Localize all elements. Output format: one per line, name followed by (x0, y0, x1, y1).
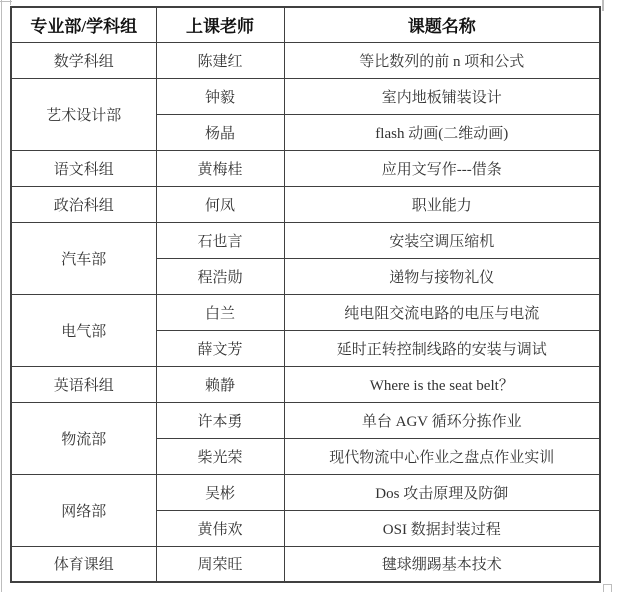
topic-cell: OSI 数据封装过程 (284, 510, 600, 546)
table-resize-handle-icon[interactable] (603, 584, 612, 592)
table-row: 物流部许本勇单台 AGV 循环分拣作业 (11, 402, 600, 438)
department-cell: 物流部 (11, 402, 156, 474)
teacher-cell: 黄伟欢 (156, 510, 284, 546)
header-cell-teacher: 上课老师 (156, 7, 284, 42)
teacher-cell: 何凤 (156, 186, 284, 222)
table-row: 数学科组陈建红等比数列的前 n 项和公式 (11, 42, 600, 78)
table-row: 汽车部石也言安装空调压缩机 (11, 222, 600, 258)
class-schedule-table-wrapper: 专业部/学科组 上课老师 课题名称 数学科组陈建红等比数列的前 n 项和公式艺术… (10, 6, 601, 583)
header-cell-department: 专业部/学科组 (11, 7, 156, 42)
topic-cell: 安装空调压缩机 (284, 222, 600, 258)
table-row: 艺术设计部钟毅室内地板铺装设计 (11, 78, 600, 114)
topic-cell: 延时正转控制线路的安装与调试 (284, 330, 600, 366)
page-corner-line-vertical (10, 0, 11, 5)
teacher-cell: 柴光荣 (156, 438, 284, 474)
header-cell-topic: 课题名称 (284, 7, 600, 42)
topic-cell: 单台 AGV 循环分拣作业 (284, 402, 600, 438)
topic-cell: 应用文写作---借条 (284, 150, 600, 186)
department-cell: 数学科组 (11, 42, 156, 78)
teacher-cell: 钟毅 (156, 78, 284, 114)
teacher-cell: 赖静 (156, 366, 284, 402)
table-row: 政治科组何凤职业能力 (11, 186, 600, 222)
table-header: 专业部/学科组 上课老师 课题名称 (11, 7, 600, 42)
topic-cell: 职业能力 (284, 186, 600, 222)
topic-cell: 现代物流中心作业之盘点作业实训 (284, 438, 600, 474)
class-schedule-table: 专业部/学科组 上课老师 课题名称 数学科组陈建红等比数列的前 n 项和公式艺术… (10, 6, 601, 583)
department-cell: 体育课组 (11, 546, 156, 582)
table-row: 电气部白兰纯电阻交流电路的电压与电流 (11, 294, 600, 330)
topic-cell: Dos 攻击原理及防御 (284, 474, 600, 510)
teacher-cell: 薛文芳 (156, 330, 284, 366)
department-cell: 政治科组 (11, 186, 156, 222)
schedule-table-body: 数学科组陈建红等比数列的前 n 项和公式艺术设计部钟毅室内地板铺装设计杨晶fla… (11, 42, 600, 582)
department-cell: 汽车部 (11, 222, 156, 294)
topic-cell: flash 动画(二维动画) (284, 114, 600, 150)
teacher-cell: 程浩勋 (156, 258, 284, 294)
topic-cell: 纯电阻交流电路的电压与电流 (284, 294, 600, 330)
department-cell: 艺术设计部 (11, 78, 156, 150)
table-row: 网络部吴彬Dos 攻击原理及防御 (11, 474, 600, 510)
department-cell: 语文科组 (11, 150, 156, 186)
teacher-cell: 石也言 (156, 222, 284, 258)
teacher-cell: 许本勇 (156, 402, 284, 438)
department-cell: 电气部 (11, 294, 156, 366)
teacher-cell: 陈建红 (156, 42, 284, 78)
page-edge-fragment (602, 0, 604, 11)
topic-cell: Where is the seat belt？ (284, 366, 600, 402)
page-edge-line (1, 0, 2, 592)
table-row: 英语科组赖静Where is the seat belt？ (11, 366, 600, 402)
topic-cell: 毽球绷踢基本技术 (284, 546, 600, 582)
table-row: 语文科组黄梅桂应用文写作---借条 (11, 150, 600, 186)
department-cell: 英语科组 (11, 366, 156, 402)
department-cell: 网络部 (11, 474, 156, 546)
teacher-cell: 周荣旺 (156, 546, 284, 582)
teacher-cell: 白兰 (156, 294, 284, 330)
teacher-cell: 黄梅桂 (156, 150, 284, 186)
topic-cell: 室内地板铺装设计 (284, 78, 600, 114)
teacher-cell: 吴彬 (156, 474, 284, 510)
topic-cell: 等比数列的前 n 项和公式 (284, 42, 600, 78)
topic-cell: 递物与接物礼仪 (284, 258, 600, 294)
teacher-cell: 杨晶 (156, 114, 284, 150)
header-row: 专业部/学科组 上课老师 课题名称 (11, 7, 600, 42)
table-row: 体育课组周荣旺毽球绷踢基本技术 (11, 546, 600, 582)
